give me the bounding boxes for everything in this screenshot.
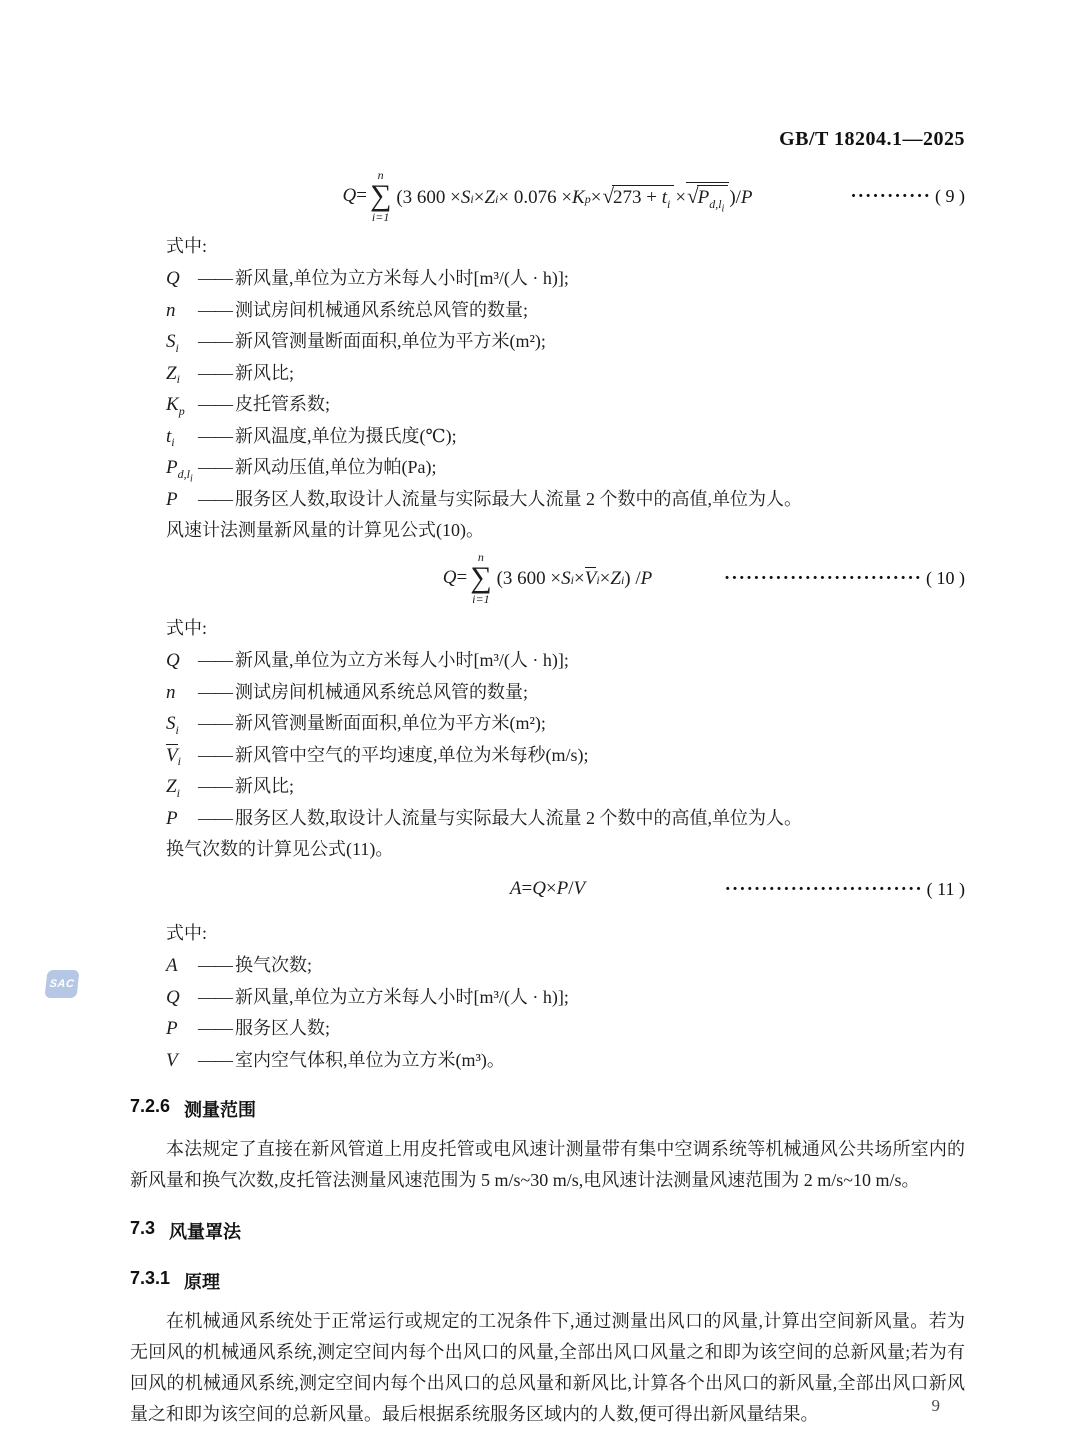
definition-text: 新风温度,单位为摄氏度(℃);: [235, 421, 965, 452]
math-text: =: [356, 185, 367, 207]
page-number: 9: [932, 1396, 941, 1416]
section-paragraph-7-3-1: 在机械通风系统处于正常运行或规定的工况条件下,通过测量出风口的风量,计算出空间新…: [130, 1306, 965, 1430]
definition-row: n —— 测试房间机械通风系统总风管的数量;: [166, 677, 965, 709]
symbol: n: [166, 678, 198, 709]
math-text: ×: [675, 187, 686, 209]
definition-dash: ——: [198, 484, 232, 515]
symbol: Si: [166, 709, 198, 740]
definition-dash: ——: [198, 1013, 232, 1044]
definition-list-1: Q —— 新风量,单位为立方米每人小时[m³/(人 · h)]; n —— 测试…: [130, 263, 965, 515]
section-paragraph-7-2-6: 本法规定了直接在新风管道上用皮托管或电风速计测量带有集中空调系统等机械通风公共场…: [130, 1134, 965, 1196]
section-heading-7-3-1: 7.3.1 原理: [130, 1268, 965, 1294]
formula-number: ( 10 ): [926, 568, 965, 589]
definition-text: 新风比;: [235, 771, 965, 802]
subscript: d,li: [709, 197, 724, 211]
math-text: Q: [532, 878, 546, 900]
symbol: V: [166, 1046, 198, 1077]
formula-10-body: Q = n ∑ i=1 (3 600 × Si × Vi × Zi) /P: [443, 551, 653, 605]
definition-row: Si —— 新风管测量断面面积,单位为平方米(m²);: [166, 708, 965, 740]
math-text: P: [641, 568, 653, 590]
math-text: ×: [574, 568, 585, 590]
math-text: ×: [546, 878, 557, 900]
section-title: 测量范围: [184, 1096, 256, 1122]
definition-dash: ——: [198, 263, 232, 294]
math-text: Z: [610, 568, 621, 590]
formula-9-body: Q = n ∑ i=1 (3 600 × Si × Zi × 0.076 × K…: [342, 169, 752, 223]
mean-overbar: V: [585, 567, 597, 588]
formula-expression: (3 600 × Si × Zi × 0.076 × Kp × √273 + t…: [396, 182, 752, 209]
definition-dash: ——: [198, 950, 232, 981]
definition-row: Q —— 新风量,单位为立方米每人小时[m³/(人 · h)];: [166, 982, 965, 1014]
symbol: Zi: [166, 359, 198, 390]
math-text: V: [574, 878, 586, 900]
math-text: A: [510, 878, 522, 900]
definition-dash: ——: [198, 421, 232, 452]
definition-text: 皮托管系数;: [235, 389, 965, 420]
math-text: )/: [729, 187, 741, 209]
definition-text: 新风动压值,单位为帕(Pa);: [235, 452, 965, 483]
symbol: Zi: [166, 772, 198, 803]
section-heading-7-3: 7.3 风量罩法: [130, 1218, 965, 1244]
math-text: P: [741, 187, 753, 209]
definition-dash: ——: [198, 803, 232, 834]
definition-text: 新风管测量断面面积,单位为平方米(m²);: [235, 326, 965, 357]
radical: √273 + ti: [602, 185, 674, 209]
where-label: 式中:: [166, 613, 965, 643]
sac-watermark-logo: SAC: [45, 970, 80, 998]
formula-11: A = Q × P/V ··························· …: [130, 868, 965, 910]
symbol: n: [166, 296, 198, 327]
air-change-line: 换气次数的计算见公式(11)。: [166, 834, 965, 864]
dot-leader: ···························: [724, 569, 922, 588]
definition-text: 新风管中空气的平均速度,单位为米每秒(m/s);: [235, 740, 965, 771]
definition-row: Zi —— 新风比;: [166, 771, 965, 803]
definition-row: Pd,li —— 新风动压值,单位为帕(Pa);: [166, 452, 965, 484]
math-text: ×: [474, 187, 485, 209]
math-text: 273 +: [613, 187, 662, 208]
formula-11-body: A = Q × P/V: [510, 878, 585, 900]
definition-text: 换气次数;: [235, 950, 965, 981]
math-text: (3 600 ×: [497, 568, 562, 590]
symbol: Kp: [166, 390, 198, 421]
section-heading-7-2-6: 7.2.6 测量范围: [130, 1096, 965, 1122]
definition-list-2: Q —— 新风量,单位为立方米每人小时[m³/(人 · h)]; n —— 测试…: [130, 645, 965, 834]
definition-row: Q —— 新风量,单位为立方米每人小时[m³/(人 · h)];: [166, 263, 965, 295]
summation-symbol: n ∑ i=1: [370, 169, 391, 223]
formula-9: Q = n ∑ i=1 (3 600 × Si × Zi × 0.076 × K…: [130, 169, 965, 223]
definition-dash: ——: [198, 771, 232, 802]
sub-subscript: i: [722, 204, 725, 215]
sigma-glyph: ∑: [470, 564, 491, 591]
definition-text: 新风比;: [235, 358, 965, 389]
formula-10: Q = n ∑ i=1 (3 600 × Si × Vi × Zi) /P ··…: [130, 551, 965, 605]
definition-row: n —— 测试房间机械通风系统总风管的数量;: [166, 295, 965, 327]
definition-dash: ——: [198, 982, 232, 1013]
definition-row: P —— 服务区人数;: [166, 1013, 965, 1045]
formula-number: ( 9 ): [935, 186, 965, 207]
definition-text: 服务区人数;: [235, 1013, 965, 1044]
sigma-glyph: ∑: [370, 182, 391, 209]
math-text: P: [557, 878, 569, 900]
definition-dash: ——: [198, 295, 232, 326]
definition-row: Zi —— 新风比;: [166, 358, 965, 390]
formula-number: ( 11 ): [927, 879, 965, 900]
symbol: A: [166, 951, 198, 982]
math-text: (3 600 ×: [396, 187, 461, 209]
definition-list-3: A —— 换气次数; Q —— 新风量,单位为立方米每人小时[m³/(人 · h…: [130, 950, 965, 1076]
symbol: ti: [166, 422, 198, 453]
symbol: P: [166, 1014, 198, 1045]
definition-text: 服务区人数,取设计人流量与实际最大人流量 2 个数中的高值,单位为人。: [235, 803, 965, 834]
radicand: 273 + ti: [612, 185, 674, 209]
summation-symbol: n ∑ i=1: [470, 551, 491, 605]
math-text: ) /: [624, 568, 640, 590]
where-label: 式中:: [166, 231, 965, 261]
definition-text: 测试房间机械通风系统总风管的数量;: [235, 295, 965, 326]
definition-dash: ——: [198, 1045, 232, 1076]
symbol: Q: [166, 983, 198, 1014]
document-page: GB/T 18204.1—2025 Q = n ∑ i=1 (3 600 × S…: [0, 0, 1080, 1446]
math-text: S: [561, 568, 571, 590]
definition-text: 新风量,单位为立方米每人小时[m³/(人 · h)];: [235, 645, 965, 676]
formula-expression: (3 600 × Si × Vi × Zi) /P: [497, 567, 653, 590]
standard-code-header: GB/T 18204.1—2025: [130, 128, 965, 151]
subscript: i: [667, 197, 670, 211]
math-text: Q: [342, 185, 356, 207]
where-label: 式中:: [166, 918, 965, 948]
symbol: P: [166, 485, 198, 516]
definition-text: 新风量,单位为立方米每人小时[m³/(人 · h)];: [235, 982, 965, 1013]
definition-text: 新风管测量断面面积,单位为平方米(m²);: [235, 708, 965, 739]
section-number: 7.3.1: [130, 1268, 170, 1294]
definition-row: Vi —— 新风管中空气的平均速度,单位为米每秒(m/s);: [166, 740, 965, 772]
definition-dash: ——: [198, 389, 232, 420]
definition-text: 测试房间机械通风系统总风管的数量;: [235, 677, 965, 708]
symbol: Q: [166, 646, 198, 677]
definition-row: P —— 服务区人数,取设计人流量与实际最大人流量 2 个数中的高值,单位为人。: [166, 484, 965, 516]
symbol: P: [166, 804, 198, 835]
definition-dash: ——: [198, 740, 232, 771]
definition-row: Si —— 新风管测量断面面积,单位为平方米(m²);: [166, 326, 965, 358]
radical: √Pd,li: [687, 185, 728, 209]
definition-row: V —— 室内空气体积,单位为立方米(m³)。: [166, 1045, 965, 1077]
math-text: Q: [443, 567, 457, 589]
anemometer-method-line: 风速计法测量新风量的计算见公式(10)。: [166, 515, 965, 545]
definition-dash: ——: [198, 677, 232, 708]
section-title: 风量罩法: [169, 1218, 241, 1244]
math-text: =: [456, 567, 467, 589]
symbol: Pd,li: [166, 453, 198, 484]
definition-row: A —— 换气次数;: [166, 950, 965, 982]
definition-row: Q —— 新风量,单位为立方米每人小时[m³/(人 · h)];: [166, 645, 965, 677]
mean-overbar: √Pd,li: [686, 182, 729, 209]
math-text: =: [521, 878, 532, 900]
definition-row: P —— 服务区人数,取设计人流量与实际最大人流量 2 个数中的高值,单位为人。: [166, 803, 965, 835]
sum-lower-limit: i=1: [372, 211, 389, 223]
math-text: ×: [591, 187, 602, 209]
definition-row: ti —— 新风温度,单位为摄氏度(℃);: [166, 421, 965, 453]
dot-leader: ···········: [850, 187, 931, 206]
dot-leader: ···························: [725, 880, 923, 899]
formula-10-tail: ··························· ( 10 ): [652, 568, 965, 589]
math-text: S: [461, 187, 471, 209]
formula-9-tail: ··········· ( 9 ): [753, 186, 965, 207]
math-text: ×: [600, 568, 611, 590]
section-title: 原理: [184, 1268, 220, 1294]
definition-row: Kp —— 皮托管系数;: [166, 389, 965, 421]
definition-dash: ——: [198, 358, 232, 389]
definition-dash: ——: [198, 708, 232, 739]
math-text: Z: [484, 187, 495, 209]
math-text: K: [572, 187, 585, 209]
math-text: P: [698, 187, 710, 208]
math-text: × 0.076 ×: [498, 187, 572, 209]
definition-dash: ——: [198, 645, 232, 676]
radicand: Pd,li: [697, 185, 729, 209]
definition-text: 服务区人数,取设计人流量与实际最大人流量 2 个数中的高值,单位为人。: [235, 484, 965, 515]
definition-dash: ——: [198, 452, 232, 483]
sum-lower-limit: i=1: [472, 593, 489, 605]
definition-dash: ——: [198, 326, 232, 357]
section-number: 7.2.6: [130, 1096, 170, 1122]
section-number: 7.3: [130, 1218, 155, 1244]
symbol: Vi: [166, 741, 198, 772]
symbol: Q: [166, 264, 198, 295]
formula-11-tail: ··························· ( 11 ): [585, 879, 965, 900]
definition-text: 新风量,单位为立方米每人小时[m³/(人 · h)];: [235, 263, 965, 294]
definition-text: 室内空气体积,单位为立方米(m³)。: [235, 1045, 965, 1076]
symbol: Si: [166, 327, 198, 358]
page-content: GB/T 18204.1—2025 Q = n ∑ i=1 (3 600 × S…: [130, 0, 965, 1430]
